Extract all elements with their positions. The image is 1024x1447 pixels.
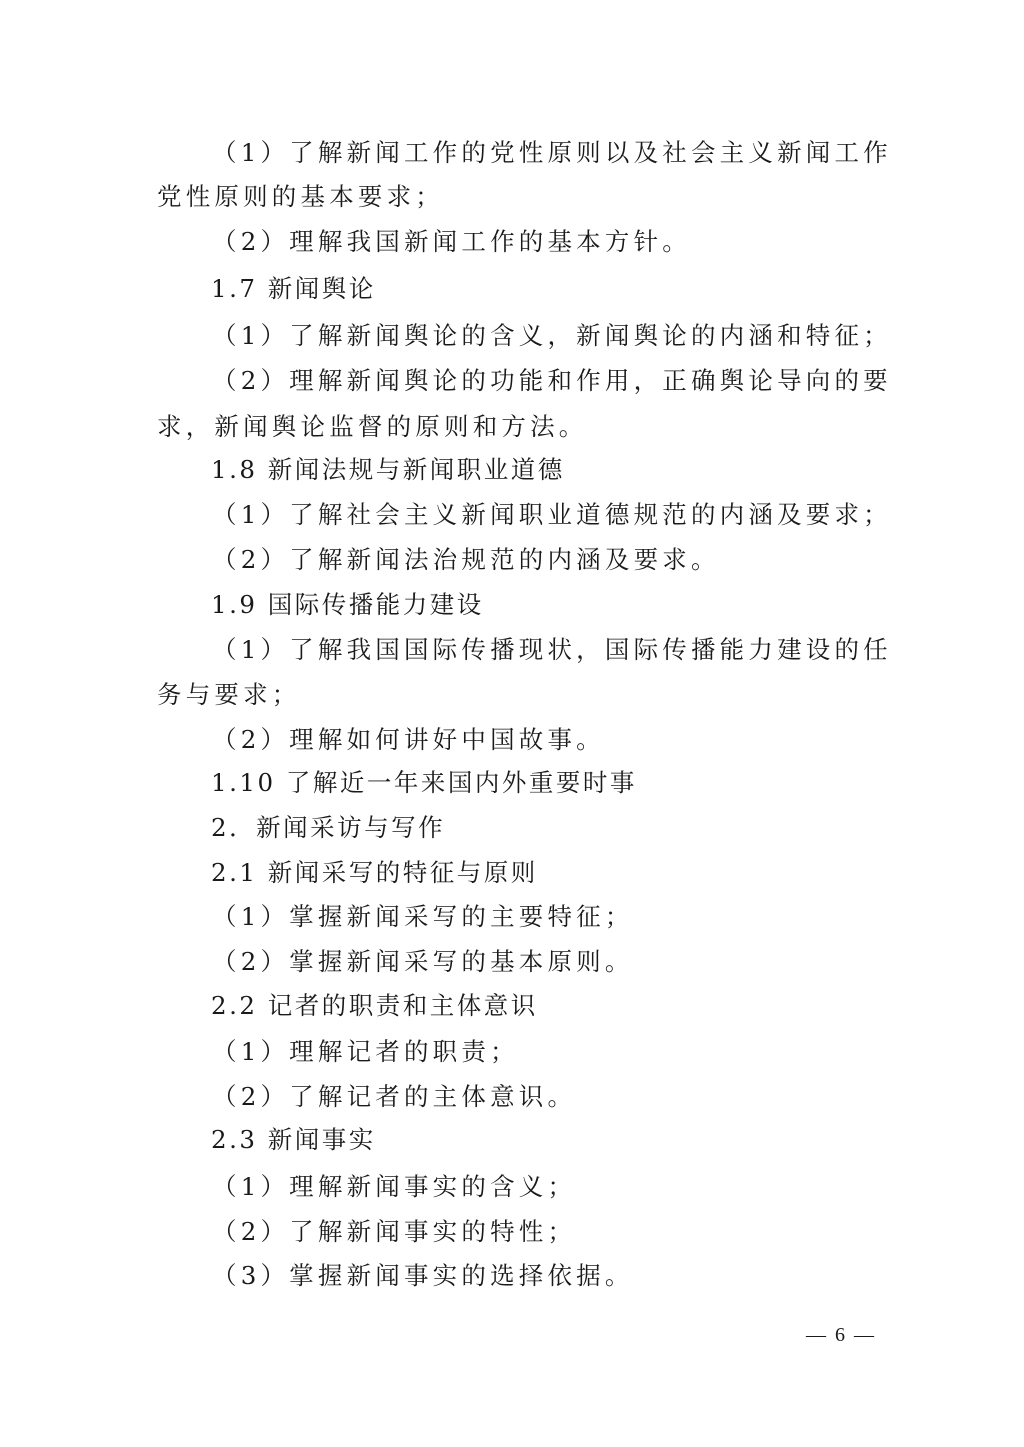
list-item: （2）了解记者的主体意识。 — [212, 1082, 576, 1112]
section-heading: 1.8 新闻法规与新闻职业道德 — [211, 455, 565, 485]
list-item: （1）了解我国国际传播现状，国际传播能力建设的任 — [212, 635, 892, 665]
list-item: （1）了解新闻舆论的含义，新闻舆论的内涵和特征； — [212, 321, 892, 351]
page-number: — 6 — — [806, 1322, 876, 1348]
list-item-continuation: 务与要求； — [157, 680, 301, 710]
section-heading: 2.2 记者的职责和主体意识 — [211, 991, 538, 1021]
list-item: （2）掌握新闻采写的基本原则。 — [212, 947, 634, 977]
section-heading: 2．新闻采访与写作 — [211, 813, 445, 843]
list-item: （1）理解记者的职责； — [212, 1037, 519, 1067]
section-heading: 1.10 了解近一年来国内外重要时事 — [211, 768, 637, 798]
list-item: （1）了解新闻工作的党性原则以及社会主义新闻工作 — [212, 138, 892, 168]
list-item: （1）了解社会主义新闻职业道德规范的内涵及要求； — [212, 500, 892, 530]
list-item: （3）掌握新闻事实的选择依据。 — [212, 1261, 634, 1291]
list-item: （2）理解我国新闻工作的基本方针。 — [212, 227, 691, 257]
section-heading: 1.7 新闻舆论 — [211, 274, 376, 304]
section-heading: 2.1 新闻采写的特征与原则 — [211, 858, 538, 888]
list-item: （1）理解新闻事实的含义； — [212, 1172, 576, 1202]
list-item: （2）理解如何讲好中国故事。 — [212, 725, 605, 755]
list-item-continuation: 党性原则的基本要求； — [157, 182, 444, 212]
document-page: （1）了解新闻工作的党性原则以及社会主义新闻工作党性原则的基本要求；（2）理解我… — [0, 0, 1024, 1447]
section-heading: 2.3 新闻事实 — [211, 1125, 376, 1155]
list-item: （2）了解新闻事实的特性； — [212, 1217, 576, 1247]
list-item: （2）了解新闻法治规范的内涵及要求。 — [212, 545, 720, 575]
list-item: （1）掌握新闻采写的主要特征； — [212, 902, 634, 932]
list-item-continuation: 求，新闻舆论监督的原则和方法。 — [157, 412, 588, 442]
list-item: （2）理解新闻舆论的功能和作用，正确舆论导向的要 — [212, 366, 892, 396]
section-heading: 1.9 国际传播能力建设 — [211, 590, 484, 620]
